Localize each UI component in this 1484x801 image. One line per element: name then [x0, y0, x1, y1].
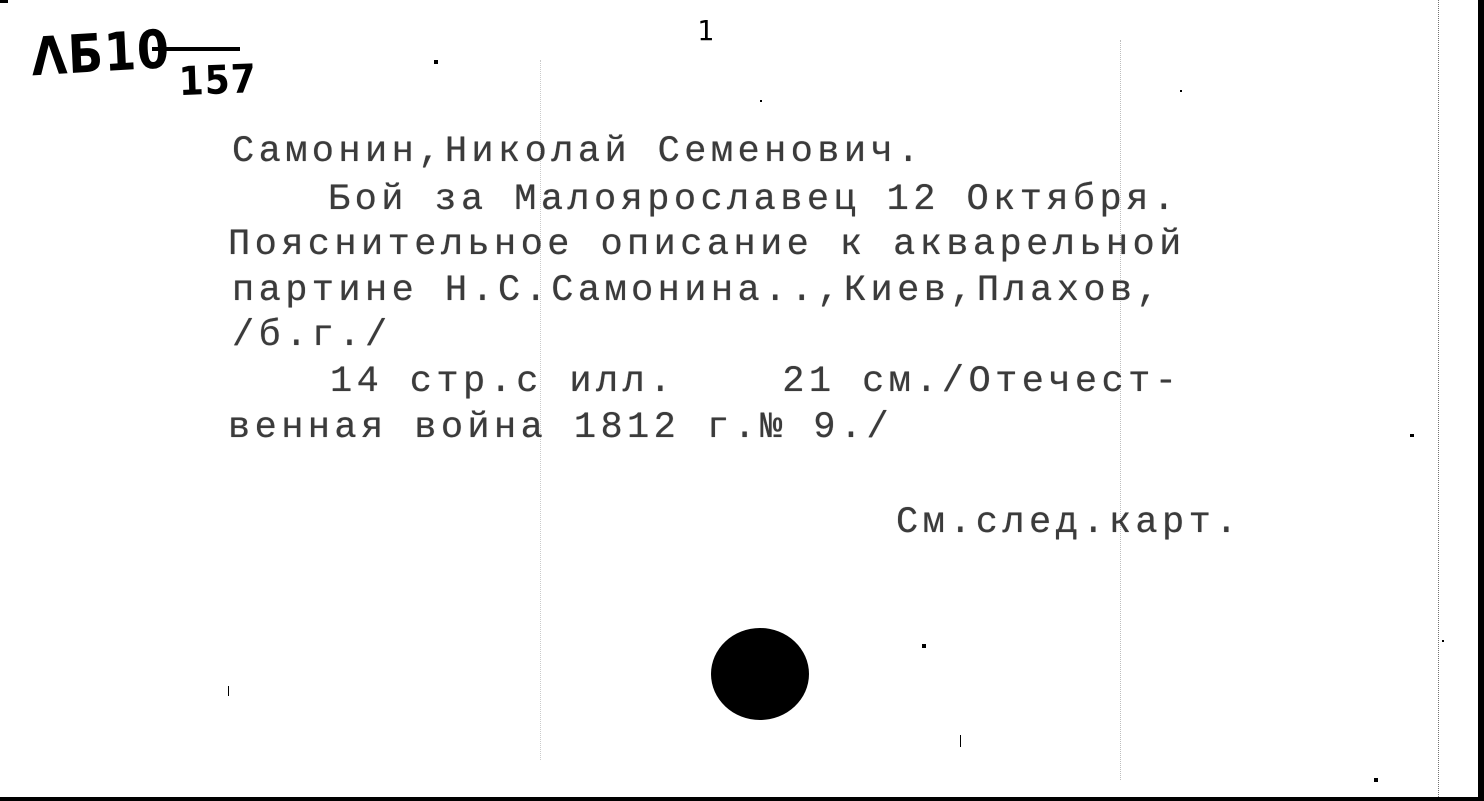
scan-speck	[760, 100, 762, 102]
scan-speck	[1374, 778, 1378, 782]
scan-speck	[922, 644, 926, 648]
physical-description-line: 14 стр.с илл. 21 см./Отечест-	[330, 364, 1181, 401]
scan-artifact-line	[1438, 0, 1439, 801]
continuation-note: См.след.карт.	[896, 505, 1242, 542]
call-number-top: ΛБ10	[30, 18, 171, 88]
catalog-card: ΛБ10 157 1 Самонин,Николай Семенович. Бо…	[0, 0, 1484, 801]
scan-speck	[228, 686, 229, 696]
series-line: венная война 1812 г.№ 9./	[228, 410, 893, 447]
call-number-bottom: 157	[178, 57, 258, 105]
description-line-2: партине Н.С.Самонина..,Киев,Плахов,	[232, 273, 1163, 310]
card-number: 1	[697, 14, 714, 47]
author-line: Самонин,Николай Семенович.	[232, 134, 924, 171]
scan-speck	[1410, 434, 1414, 437]
scan-artifact-line	[1120, 40, 1121, 780]
date-line: /б.г./	[232, 318, 392, 355]
punch-hole	[711, 628, 809, 720]
call-number-divider	[152, 47, 240, 51]
scan-speck	[1180, 90, 1182, 92]
scan-speck	[1442, 640, 1444, 642]
description-line-1: Пояснительное описание к акварельной	[228, 227, 1186, 264]
scan-speck	[960, 735, 961, 747]
scan-speck	[434, 60, 438, 64]
title-line: Бой за Малоярославец 12 Октября.	[328, 182, 1179, 219]
